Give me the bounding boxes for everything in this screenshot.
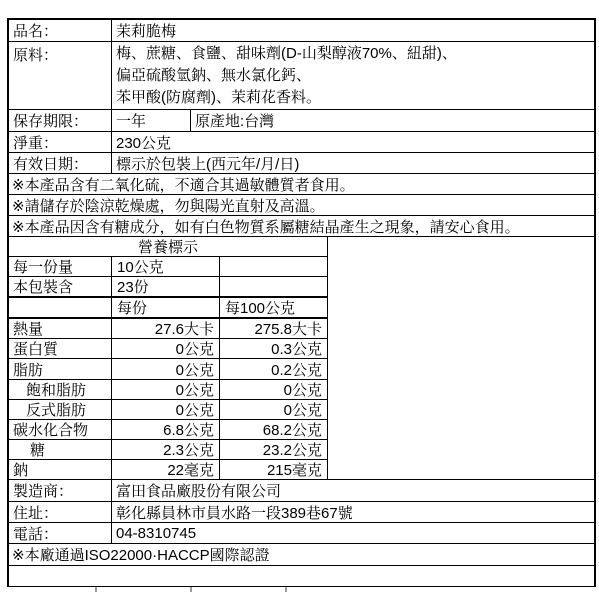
manufacturer-value: 富田食品廠股份有限公司	[111, 480, 594, 501]
nutrient-per-serving: 0公克	[111, 380, 219, 399]
origin-value: 原產地:台灣	[190, 110, 594, 131]
nutrient-per-100g: 23.2公克	[219, 440, 327, 459]
nutrition-column-header-row: 每份 每100公克	[9, 296, 327, 317]
serving-size-label: 每一份量	[9, 257, 111, 276]
row-manufacturer: 製造商： 富田食品廠股份有限公司	[9, 479, 594, 501]
row-expiry-date: 有效日期： 標示於包裝上(西元年/月/日)	[9, 152, 594, 173]
nutrition-row-sodium: 鈉 22毫克 215毫克	[9, 459, 327, 479]
serving-size-empty-cell	[219, 257, 327, 276]
nutrient-name: 反式脂肪	[9, 400, 111, 419]
nutrient-name: 熱量	[9, 319, 111, 338]
phone-value: 04-8310745	[111, 523, 594, 543]
nutrient-per-serving: 6.8公克	[111, 420, 219, 439]
nutrient-per-serving: 22毫克	[111, 460, 219, 479]
nutrition-table: 營養標示 每一份量 10公克 本包裝含 23份 每份 每100公克 熱量 27.…	[9, 237, 328, 479]
nutrient-name: 鈉	[9, 460, 111, 479]
nutrient-per-serving: 0公克	[111, 339, 219, 358]
nutrition-row-trans-fat: 反式脂肪 0公克 0公克	[9, 399, 327, 419]
gridline-tick	[285, 587, 287, 592]
nutrition-row-saturated-fat: 飽和脂肪 0公克 0公克	[9, 379, 327, 399]
nutrient-per-100g: 68.2公克	[219, 420, 327, 439]
ingredients-line-2: 偏亞硫酸氫鈉、無水氯化鈣、	[116, 65, 590, 87]
servings-per-pack-label: 本包裝含	[9, 277, 111, 296]
nutrient-per-serving: 27.6大卡	[111, 319, 219, 338]
product-name-label: 品名：	[9, 20, 111, 41]
servings-per-pack-value: 23份	[111, 277, 219, 296]
nutrition-row-carbohydrate: 碳水化合物 6.8公克 68.2公克	[9, 419, 327, 439]
nutrition-row-protein: 蛋白質 0公克 0.3公克	[9, 338, 327, 358]
nutrition-section: 營養標示 每一份量 10公克 本包裝含 23份 每份 每100公克 熱量 27.…	[9, 236, 594, 479]
note-sugar-crystal: ※本產品因含有糖成分，如有白色物質系屬糖結晶產生之現象，請安心食用。	[9, 215, 594, 236]
per-serving-header: 每份	[111, 298, 219, 317]
nutrient-per-serving: 0公克	[111, 359, 219, 378]
row-shelf-life: 保存期限： 一年 原產地:台灣	[9, 109, 594, 131]
gridline-tick	[95, 587, 97, 592]
certification-note: ※本廠通過ISO22000·HACCP國際認證	[9, 543, 594, 565]
empty-row	[9, 565, 594, 586]
ingredients-value: 梅、蔗糖、食鹽、甜味劑(D-山梨醇液70%、紐甜)、 偏亞硫酸氫鈉、無水氯化鈣、…	[111, 42, 594, 109]
nutrient-per-100g: 275.8大卡	[219, 319, 327, 338]
note-sulfur-dioxide: ※本產品含有二氧化硫，不適合其過敏體質者食用。	[9, 173, 594, 194]
serving-size-value: 10公克	[111, 257, 219, 276]
nutrient-name: 脂肪	[9, 359, 111, 378]
nutrition-empty-area	[328, 237, 594, 479]
expiry-value: 標示於包裝上(西元年/月/日)	[111, 153, 594, 173]
shelf-life-value: 一年	[111, 110, 190, 131]
nutrition-serving-size-row: 每一份量 10公克	[9, 256, 327, 276]
nutrient-per-100g: 215毫克	[219, 460, 327, 479]
nutrient-per-serving: 0公克	[111, 400, 219, 419]
product-name-value: 茉莉脆梅	[111, 20, 594, 41]
nutrient-per-100g: 0.2公克	[219, 359, 327, 378]
manufacturer-label: 製造商：	[9, 480, 111, 501]
shelf-life-label: 保存期限：	[9, 110, 111, 131]
product-spec-table: 品名： 茉莉脆梅 原料： 梅、蔗糖、食鹽、甜味劑(D-山梨醇液70%、紐甜)、 …	[7, 18, 596, 587]
nutrient-per-100g: 0公克	[219, 380, 327, 399]
nutrient-name: 飽和脂肪	[9, 380, 111, 399]
nutrient-name: 蛋白質	[9, 339, 111, 358]
nutrient-per-serving: 2.3公克	[111, 440, 219, 459]
nutrition-row-sugar: 糖 2.3公克 23.2公克	[9, 439, 327, 459]
row-address: 住址： 彰化縣員林市員水路一段389巷67號	[9, 501, 594, 522]
servings-empty-cell	[219, 277, 327, 296]
nutrition-row-fat: 脂肪 0公克 0.2公克	[9, 358, 327, 378]
row-ingredients: 原料： 梅、蔗糖、食鹽、甜味劑(D-山梨醇液70%、紐甜)、 偏亞硫酸氫鈉、無水…	[9, 41, 594, 109]
ingredients-label: 原料：	[9, 42, 111, 109]
ingredients-line-3: 苯甲酸(防腐劑)、茉莉花香料。	[116, 87, 590, 109]
nutrition-servings-row: 本包裝含 23份	[9, 276, 327, 296]
nutrient-name: 糖	[9, 440, 111, 459]
address-label: 住址：	[9, 502, 111, 522]
net-weight-label: 淨重：	[9, 132, 111, 152]
expiry-label: 有效日期：	[9, 153, 111, 173]
row-product-name: 品名： 茉莉脆梅	[9, 20, 594, 41]
phone-label: 電話：	[9, 523, 111, 543]
per-100g-header: 每100公克	[219, 298, 327, 317]
nutrient-per-100g: 0.3公克	[219, 339, 327, 358]
header-empty-cell	[9, 298, 111, 317]
ingredients-line-1: 梅、蔗糖、食鹽、甜味劑(D-山梨醇液70%、紐甜)、	[116, 43, 590, 65]
net-weight-value: 230公克	[111, 132, 594, 152]
gridline-tick	[190, 587, 192, 592]
note-storage: ※請儲存於陰涼乾燥處，勿與陽光直射及高溫。	[9, 194, 594, 215]
row-phone: 電話： 04-8310745	[9, 522, 594, 543]
nutrition-row-calories: 熱量 27.6大卡 275.8大卡	[9, 317, 327, 338]
nutrition-title: 營養標示	[9, 237, 327, 256]
nutrient-name: 碳水化合物	[9, 420, 111, 439]
address-value: 彰化縣員林市員水路一段389巷67號	[111, 502, 594, 522]
nutrient-per-100g: 0公克	[219, 400, 327, 419]
row-net-weight: 淨重： 230公克	[9, 131, 594, 152]
